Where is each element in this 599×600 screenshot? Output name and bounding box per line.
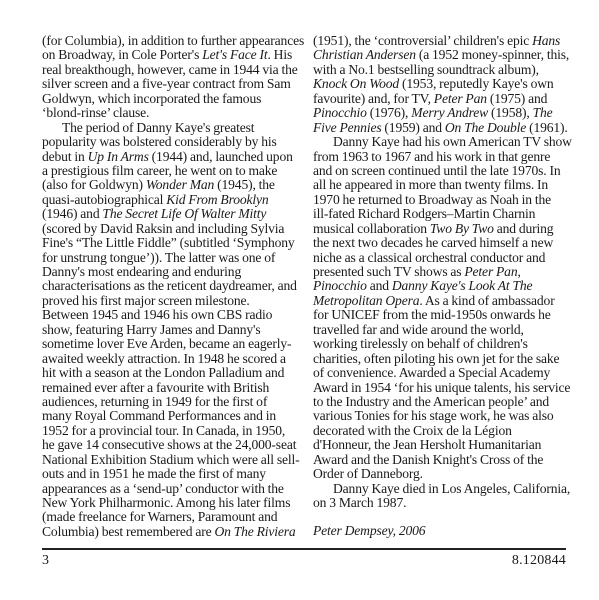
text-line: favourite) and, for TV, Peter Pan (1975)…: [313, 92, 575, 106]
text-run: the next two decades he carved himself a…: [313, 235, 553, 250]
text-line: Pinocchio (1976), Merry Andrew (1958), T…: [313, 106, 575, 120]
italic-title: Metropolitan Opera: [313, 293, 419, 308]
text-line: [313, 510, 575, 524]
text-run: musical collaboration: [313, 221, 430, 236]
text-run: Award in 1954 ‘for his unique talents, h…: [313, 380, 570, 395]
text-line: show, featuring Harry James and Danny's: [42, 323, 304, 337]
text-line: of convenience. Awarded a Special Academ…: [313, 366, 575, 380]
italic-title: The Secret Life Of Walter Mitty: [102, 206, 266, 221]
text-line: hit with a season at the London Palladiu…: [42, 366, 304, 380]
text-run: (1946) and: [42, 206, 102, 221]
italic-title: On The Riviera: [214, 524, 295, 539]
text-run: awaited weekly attraction. In 1948 he sc…: [42, 351, 286, 366]
text-run: (1976),: [367, 105, 412, 120]
text-run: travelled far and wide around the world,: [313, 322, 524, 337]
text-line: Award and the Danish Knight's Cross of t…: [313, 453, 575, 467]
text-run: debut in: [42, 149, 88, 164]
text-run: (1953, reputedly Kaye's own: [399, 76, 553, 91]
text-line: on 3 March 1987.: [313, 496, 575, 510]
italic-title: Merry Andrew: [411, 105, 488, 120]
text-run: proved his first major screen milestone.: [42, 293, 250, 308]
text-run: (1959) and: [381, 120, 444, 135]
text-line: various Tonies for his stage work, he wa…: [313, 409, 575, 423]
text-line: (scored by David Raksin and including Sy…: [42, 222, 304, 236]
text-run: (a 1952 money-spinner, this,: [416, 47, 569, 62]
italic-title: Christian Andersen: [313, 47, 416, 62]
text-run: decorated with the Croix de la Légion: [313, 423, 512, 438]
text-run: Danny Kaye had his own American TV show: [333, 134, 572, 149]
text-line: presented such TV shows as Peter Pan,: [313, 265, 575, 279]
text-line: travelled far and wide around the world,: [313, 323, 575, 337]
text-run: from 1963 to 1967 and his work in that g…: [313, 149, 550, 164]
text-line: to the Industry and the American people’…: [313, 395, 575, 409]
text-line: the next two decades he carved himself a…: [313, 236, 575, 250]
text-run: Danny Kaye died in Los Angeles, Californ…: [333, 481, 570, 496]
text-run: Award and the Danish Knight's Cross of t…: [313, 452, 543, 467]
text-run: favourite) and, for TV,: [313, 91, 434, 106]
text-run: working tirelessly on behalf of children…: [313, 336, 528, 351]
text-line: Pinocchio and Danny Kaye's Look At The: [313, 279, 575, 293]
text-line: Fine's “The Little Fiddle” (subtitled ‘S…: [42, 236, 304, 250]
text-run: hit with a season at the London Palladiu…: [42, 365, 284, 380]
text-line: debut in Up In Arms (1944) and, launched…: [42, 150, 304, 164]
italic-title: Peter Dempsey, 2006: [313, 523, 425, 538]
text-line: The period of Danny Kaye's greatest: [42, 121, 304, 135]
text-run: appearances as a ‘send-up’ conductor wit…: [42, 481, 284, 496]
italic-title: Peter Pan: [434, 91, 487, 106]
text-run: (1975) and: [487, 91, 547, 106]
text-run: on Broadway, in Cole Porter's: [42, 47, 202, 62]
text-line: ill-fated Richard Rodgers–Martin Charnin: [313, 207, 575, 221]
text-line: (for Columbia), in addition to further a…: [42, 34, 304, 48]
text-line: (1946) and The Secret Life Of Walter Mit…: [42, 207, 304, 221]
text-run: various Tonies for his stage work, he wa…: [313, 408, 554, 423]
text-run: popularity was bolstered considerably by…: [42, 134, 277, 149]
text-line: charities, often piloting his own jet fo…: [313, 352, 575, 366]
text-run: silver screen and a five-year contract f…: [42, 76, 291, 91]
text-line: musical collaboration Two By Two and dur…: [313, 222, 575, 236]
text-line: outs and in 1951 he made the first of ma…: [42, 467, 304, 481]
text-line: (also for Goldwyn) Wonder Man (1945), th…: [42, 178, 304, 192]
text-run: charities, often piloting his own jet fo…: [313, 351, 559, 366]
text-line: audiences, returning in 1949 for the fir…: [42, 395, 304, 409]
text-run: Fine's “The Little Fiddle” (subtitled ‘S…: [42, 235, 295, 250]
text-line: appearances as a ‘send-up’ conductor wit…: [42, 482, 304, 496]
text-line: niche as a classical orchestral conducto…: [313, 251, 575, 265]
text-line: from 1963 to 1967 and his work in that g…: [313, 150, 575, 164]
text-line: Goldwyn, which incorporated the famous: [42, 92, 304, 106]
text-line: Between 1945 and 1946 his own CBS radio: [42, 308, 304, 322]
right-column: (1951), the ‘controversial’ children's e…: [313, 34, 575, 539]
italic-title: Five Pennies: [313, 120, 381, 135]
text-run: and on screen continued until the late 1…: [313, 163, 560, 178]
text-run: many Royal Command Performances and in: [42, 408, 276, 423]
italic-title: On The Double: [445, 120, 526, 135]
text-run: d'Honneur, the Jean Hersholt Humanitaria…: [313, 437, 541, 452]
text-line: Order of Danneborg.: [313, 467, 575, 481]
text-line: sometime lover Eve Arden, became an eage…: [42, 337, 304, 351]
text-line: and on screen continued until the late 1…: [313, 164, 575, 178]
text-line: Peter Dempsey, 2006: [313, 524, 575, 538]
italic-title: Pinocchio: [313, 105, 367, 120]
text-run: Goldwyn, which incorporated the famous: [42, 91, 261, 106]
text-run: (made freelance for Warners, Paramount a…: [42, 509, 277, 524]
catalogue-number: 8.120844: [512, 553, 566, 569]
italic-title: Danny Kaye's Look At The: [392, 278, 533, 293]
text-run: and: [367, 278, 392, 293]
text-line: working tirelessly on behalf of children…: [313, 337, 575, 351]
text-line: characterisations as the reticent daydre…: [42, 279, 304, 293]
text-run: a prestigious film career, he went on to…: [42, 163, 277, 178]
text-run: ‘blond-rinse’ clause.: [42, 105, 149, 120]
text-run: (1958),: [488, 105, 533, 120]
text-run: to the Industry and the American people’…: [313, 394, 549, 409]
text-line: popularity was bolstered considerably by…: [42, 135, 304, 149]
text-line: Award in 1954 ‘for his unique talents, h…: [313, 381, 575, 395]
text-run: Order of Danneborg.: [313, 466, 423, 481]
italic-title: Hans: [532, 33, 560, 48]
text-run: quasi-autobiographical: [42, 192, 166, 207]
text-run: real breakthough, however, came in 1944 …: [42, 62, 298, 77]
text-line: (made freelance for Warners, Paramount a…: [42, 510, 304, 524]
text-line: Columbia) best remembered are On The Riv…: [42, 525, 304, 539]
text-run: Danny's most endearing and enduring: [42, 264, 241, 279]
text-line: for UNICEF from the mid-1950s onwards he: [313, 308, 575, 322]
italic-title: Knock On Wood: [313, 76, 399, 91]
text-run: he gave 14 consecutive shows at the 24,0…: [42, 437, 296, 452]
text-run: The period of Danny Kaye's greatest: [62, 120, 254, 135]
text-line: remained ever after a favourite with Bri…: [42, 381, 304, 395]
text-run: audiences, returning in 1949 for the fir…: [42, 394, 267, 409]
text-line: decorated with the Croix de la Légion: [313, 424, 575, 438]
text-line: Knock On Wood (1953, reputedly Kaye's ow…: [313, 77, 575, 91]
text-line: with a No.1 bestselling soundtrack album…: [313, 63, 575, 77]
italic-title: The: [533, 105, 553, 120]
text-line: Danny's most endearing and enduring: [42, 265, 304, 279]
text-line: Danny Kaye had his own American TV show: [313, 135, 575, 149]
text-run: ,: [517, 264, 520, 279]
text-run: outs and in 1951 he made the first of ma…: [42, 466, 266, 481]
text-run: 1970 he returned to Broadway as Noah in …: [313, 192, 551, 207]
text-run: Columbia) best remembered are: [42, 524, 214, 539]
italic-title: Pinocchio: [313, 278, 367, 293]
text-line: real breakthough, however, came in 1944 …: [42, 63, 304, 77]
text-run: New York Philharmonic. Among his later f…: [42, 495, 290, 510]
text-run: all he appeared in more than twenty film…: [313, 177, 548, 192]
text-line: New York Philharmonic. Among his later f…: [42, 496, 304, 510]
text-line: 1952 for a provincial tour. In Canada, i…: [42, 424, 304, 438]
text-line: silver screen and a five-year contract f…: [42, 77, 304, 91]
text-run: sometime lover Eve Arden, became an eage…: [42, 336, 291, 351]
text-run: . As a kind of ambassador: [419, 293, 554, 308]
italic-title: Wonder Man: [146, 177, 214, 192]
text-line: a prestigious film career, he went on to…: [42, 164, 304, 178]
footer-rule: [42, 548, 566, 550]
text-line: Metropolitan Opera. As a kind of ambassa…: [313, 294, 575, 308]
italic-title: Two By Two: [430, 221, 494, 236]
text-line: all he appeared in more than twenty film…: [313, 178, 575, 192]
text-run: Between 1945 and 1946 his own CBS radio: [42, 307, 272, 322]
text-line: ‘blond-rinse’ clause.: [42, 106, 304, 120]
text-line: quasi-autobiographical Kid From Brooklyn: [42, 193, 304, 207]
text-run: . His: [267, 47, 292, 62]
text-run: (1944) and, launched upon: [149, 149, 293, 164]
text-line: Five Pennies (1959) and On The Double (1…: [313, 121, 575, 135]
text-run: on 3 March 1987.: [313, 495, 406, 510]
italic-title: Let's Face It: [202, 47, 267, 62]
text-run: (1951), the ‘controversial’ children's e…: [313, 33, 532, 48]
text-run: with a No.1 bestselling soundtrack album…: [313, 62, 539, 77]
text-line: Christian Andersen (a 1952 money-spinner…: [313, 48, 575, 62]
italic-title: Peter Pan: [464, 264, 517, 279]
text-line: for unstrung tongue’)). The latter was o…: [42, 251, 304, 265]
text-line: he gave 14 consecutive shows at the 24,0…: [42, 438, 304, 452]
text-run: (also for Goldwyn): [42, 177, 146, 192]
text-run: niche as a classical orchestral conducto…: [313, 250, 545, 265]
text-run: and during: [494, 221, 554, 236]
text-run: (1945), the: [214, 177, 275, 192]
text-line: National Exhibition Stadium which were a…: [42, 453, 304, 467]
left-column: (for Columbia), in addition to further a…: [42, 34, 304, 539]
text-run: remained ever after a favourite with Bri…: [42, 380, 269, 395]
text-run: for UNICEF from the mid-1950s onwards he: [313, 307, 551, 322]
text-line: 1970 he returned to Broadway as Noah in …: [313, 193, 575, 207]
text-line: Danny Kaye died in Los Angeles, Californ…: [313, 482, 575, 496]
text-run: National Exhibition Stadium which were a…: [42, 452, 300, 467]
text-line: on Broadway, in Cole Porter's Let's Face…: [42, 48, 304, 62]
text-run: presented such TV shows as: [313, 264, 464, 279]
text-run: 1952 for a provincial tour. In Canada, i…: [42, 423, 285, 438]
text-run: (scored by David Raksin and including Sy…: [42, 221, 284, 236]
text-run: of convenience. Awarded a Special Academ…: [313, 365, 550, 380]
text-line: proved his first major screen milestone.: [42, 294, 304, 308]
page-number: 3: [42, 553, 49, 569]
text-run: ill-fated Richard Rodgers–Martin Charnin: [313, 206, 535, 221]
text-run: for unstrung tongue’)). The latter was o…: [42, 250, 275, 265]
text-run: (1961).: [526, 120, 568, 135]
italic-title: Up In Arms: [88, 149, 149, 164]
text-run: show, featuring Harry James and Danny's: [42, 322, 260, 337]
text-run: characterisations as the reticent daydre…: [42, 278, 297, 293]
text-line: awaited weekly attraction. In 1948 he sc…: [42, 352, 304, 366]
text-line: d'Honneur, the Jean Hersholt Humanitaria…: [313, 438, 575, 452]
text-line: many Royal Command Performances and in: [42, 409, 304, 423]
italic-title: Kid From Brooklyn: [166, 192, 268, 207]
text-run: (for Columbia), in addition to further a…: [42, 33, 304, 48]
text-line: (1951), the ‘controversial’ children's e…: [313, 34, 575, 48]
